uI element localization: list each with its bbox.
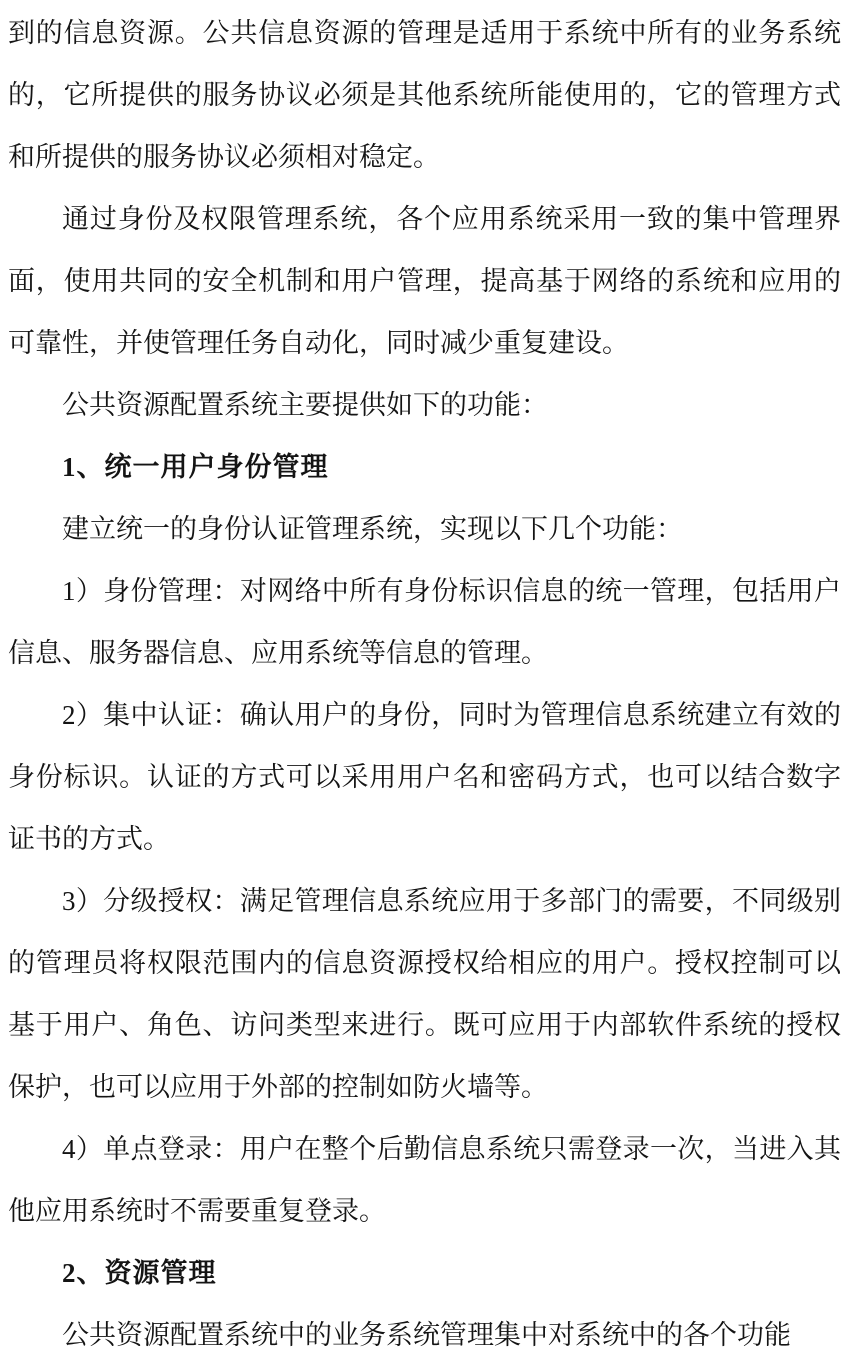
paragraph-identity-auth-intro: 建立统一的身份认证管理系统，实现以下几个功能： [8, 498, 841, 560]
paragraph-resource-management-intro: 公共资源配置系统中的业务系统管理集中对系统中的各个功能 [8, 1304, 841, 1366]
list-item-single-sign-on: 4）单点登录：用户在整个后勤信息系统只需登录一次，当进入其他应用系统时不需要重复… [8, 1118, 841, 1242]
list-item-hierarchical-authorization: 3）分级授权：满足管理信息系统应用于多部门的需要，不同级别的管理员将权限范围内的… [8, 870, 841, 1118]
paragraph-identity-system-overview: 通过身份及权限管理系统，各个应用系统采用一致的集中管理界面，使用共同的安全机制和… [8, 188, 841, 374]
list-item-identity-management: 1）身份管理：对网络中所有身份标识信息的统一管理，包括用户信息、服务器信息、应用… [8, 560, 841, 684]
section-heading-unified-user-identity: 1、统一用户身份管理 [8, 436, 841, 498]
list-item-centralized-authentication: 2）集中认证：确认用户的身份，同时为管理信息系统建立有效的身份标识。认证的方式可… [8, 684, 841, 870]
paragraph-continuation: 到的信息资源。公共信息资源的管理是适用于系统中所有的业务系统的，它所提供的服务协… [8, 2, 841, 188]
paragraph-functions-intro: 公共资源配置系统主要提供如下的功能： [8, 374, 841, 436]
document-page: 到的信息资源。公共信息资源的管理是适用于系统中所有的业务系统的，它所提供的服务协… [0, 0, 849, 1371]
section-heading-resource-management: 2、资源管理 [8, 1242, 841, 1304]
